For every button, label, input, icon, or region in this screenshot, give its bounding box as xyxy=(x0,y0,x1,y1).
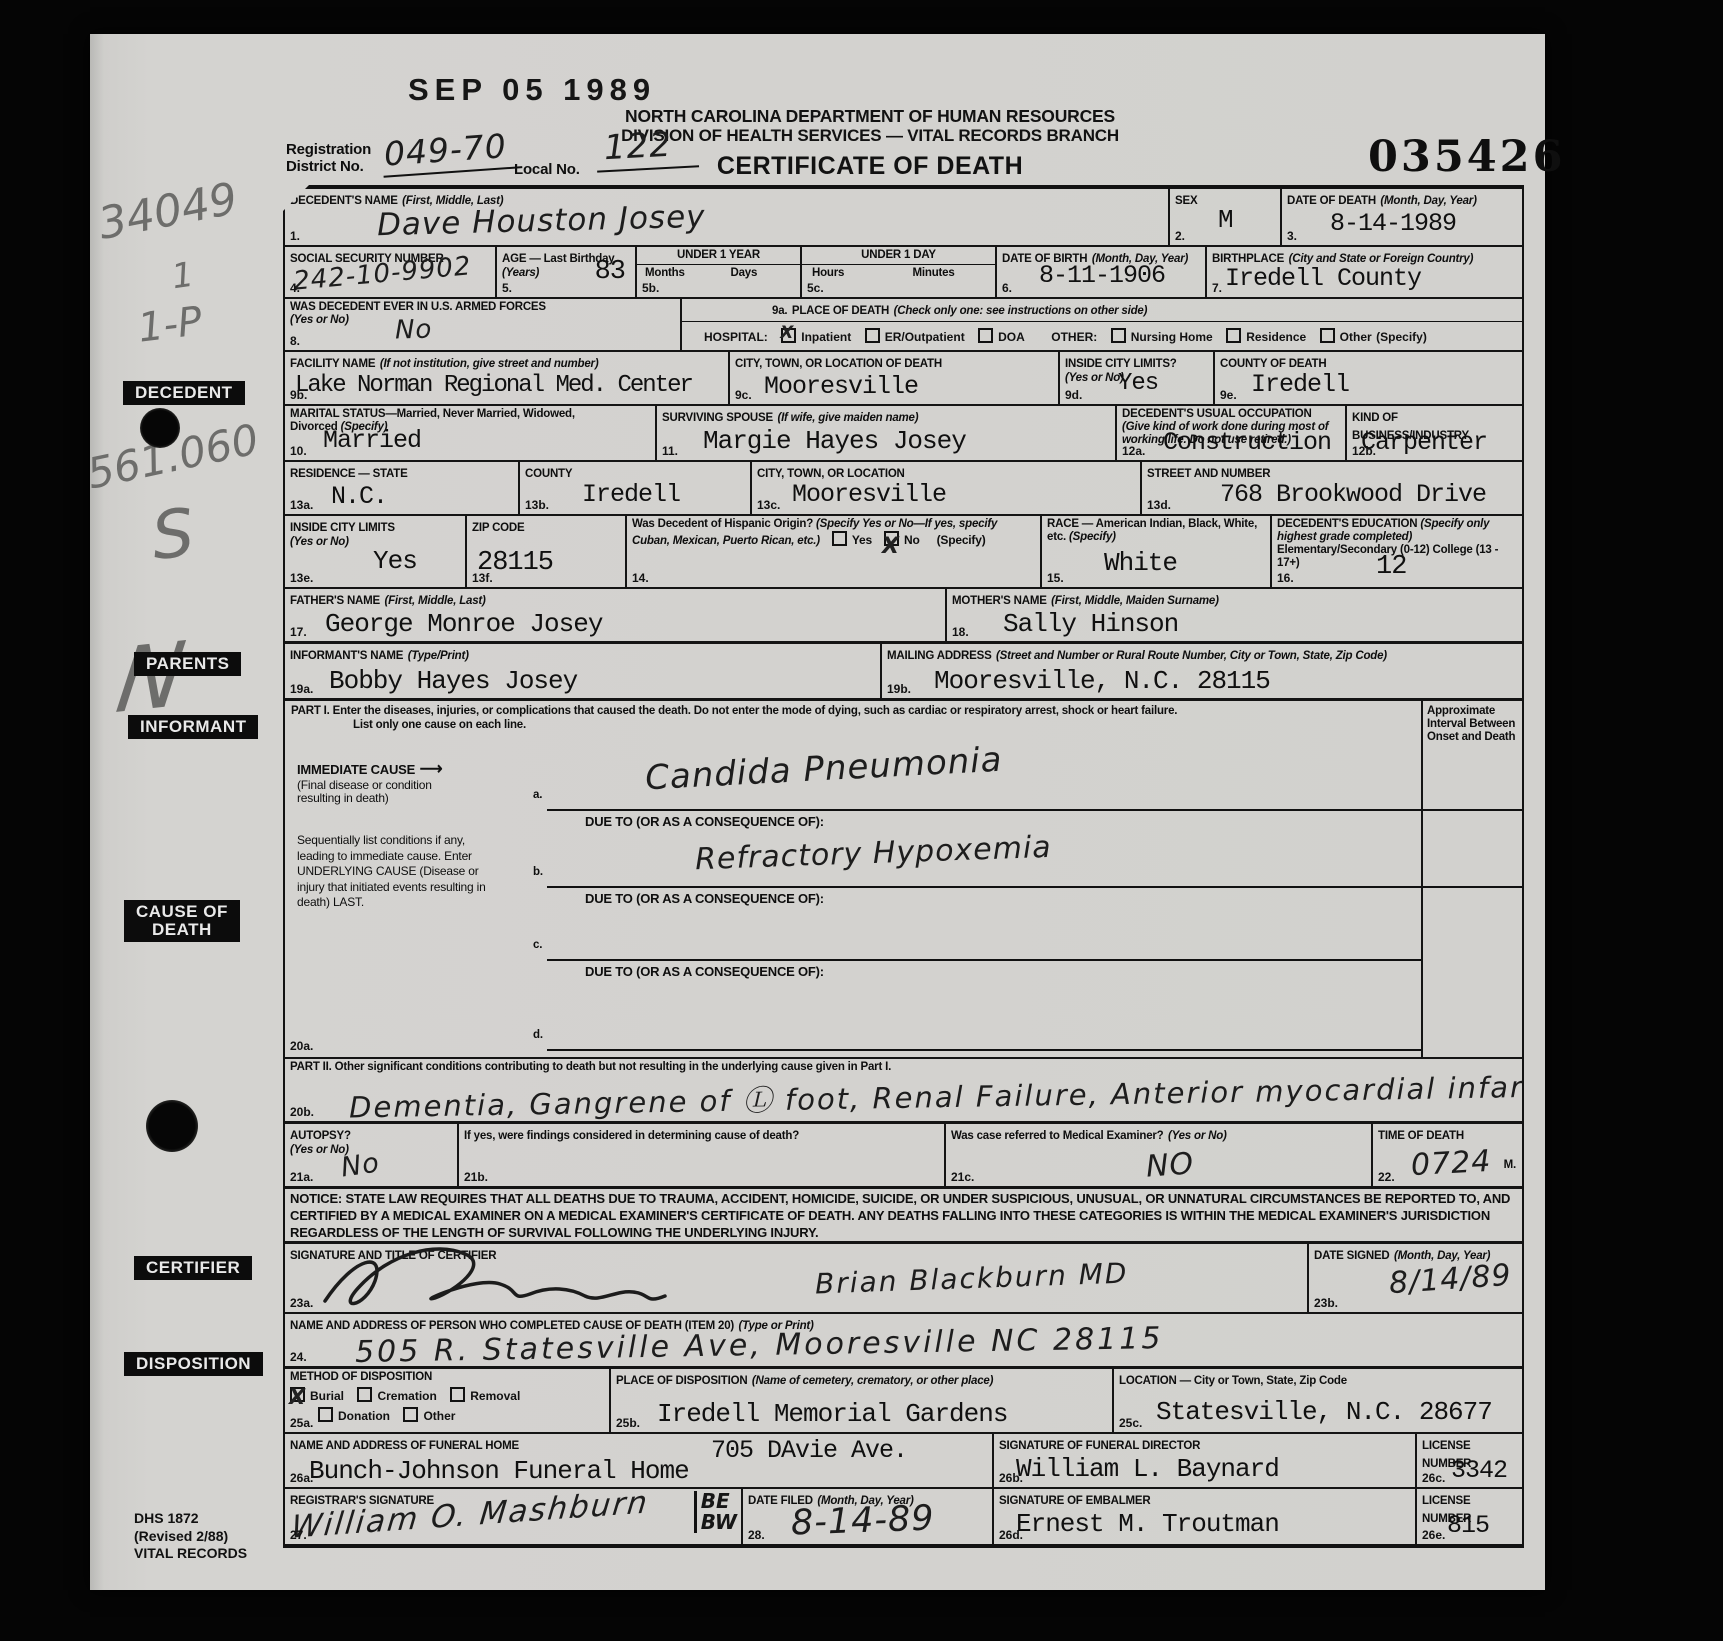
field-facility-name: FACILITY NAME (If not institution, give … xyxy=(285,352,730,404)
cause-line-b-value: Refractory Hypoxemia xyxy=(694,830,1052,877)
field-age: AGE — Last Birthday (Years) 83 5. xyxy=(497,247,637,297)
field-autopsy-findings: If yes, were findings considered in dete… xyxy=(459,1124,946,1186)
field-disposition-method: METHOD OF DISPOSITION XBurial Cremation … xyxy=(285,1369,611,1432)
field-date-of-birth: DATE OF BIRTH (Month, Day, Year) 8-11-19… xyxy=(997,247,1207,297)
field-industry: KIND OF BUSINESS/INDUSTRY Carpenter 12b. xyxy=(1347,406,1522,460)
field-race: RACE — American Indian, Black, White, et… xyxy=(1042,516,1272,587)
side-label-cause-of-death: CAUSE OFDEATH xyxy=(124,900,240,942)
field-certifier-signature: SIGNATURE AND TITLE OF CERTIFIER Brian B… xyxy=(285,1244,1309,1312)
field-under-1-year: UNDER 1 YEAR Months Days 5b. xyxy=(637,247,802,297)
field-date-filed: DATE FILED (Month, Day, Year) 8-14-89 28… xyxy=(743,1489,994,1544)
checkbox-doa xyxy=(978,328,993,343)
scanned-death-certificate: SEP 05 1989 NORTH CAROLINA DEPARTMENT OF… xyxy=(0,0,1723,1641)
certificate-form: DECEDENT'S NAME (First, Middle, Last) Da… xyxy=(283,185,1524,1548)
sequential-note: Sequentially list conditions if any, lea… xyxy=(297,833,497,911)
field-disposition-place: PLACE OF DISPOSITION (Name of cemetery, … xyxy=(611,1369,1114,1432)
immediate-cause-label: IMMEDIATE CAUSE ⟶ (Final disease or cond… xyxy=(297,759,537,806)
checkbox-inpatient: X xyxy=(781,328,796,343)
field-birthplace: BIRTHPLACE (City and State or Foreign Co… xyxy=(1207,247,1522,297)
field-disposition-location: LOCATION — City or Town, State, Zip Code… xyxy=(1114,1369,1522,1432)
field-residence-state: RESIDENCE — STATE N.C. 13a. xyxy=(285,462,520,514)
certifier-signature-scribble xyxy=(315,1246,715,1312)
checkbox-residence xyxy=(1226,328,1241,343)
checkbox-other-disposition xyxy=(403,1407,418,1422)
field-death-city-limits: INSIDE CITY LIMITS? (Yes or No) Yes 9d. xyxy=(1060,352,1215,404)
received-date-stamp: SEP 05 1989 xyxy=(408,72,656,108)
field-surviving-spouse: SURVIVING SPOUSE (If wife, give maiden n… xyxy=(657,406,1117,460)
field-embalmer-license: LICENSE NUMBER 815 26e. xyxy=(1417,1489,1522,1544)
checkbox-other-specify xyxy=(1320,328,1335,343)
field-informant-name: INFORMANT'S NAME (Type/Print) Bobby Haye… xyxy=(285,644,882,698)
field-informant-address: MAILING ADDRESS (Street and Number or Ru… xyxy=(882,644,1522,698)
field-funeral-director: SIGNATURE OF FUNERAL DIRECTOR William L.… xyxy=(994,1434,1417,1487)
checkbox-burial: X xyxy=(290,1387,305,1402)
interval-column-label: Approximate Interval Between Onset and D… xyxy=(1423,701,1522,748)
local-no-value: 122 xyxy=(595,123,699,172)
field-date-of-death: DATE OF DEATH (Month, Day, Year) 8-14-19… xyxy=(1282,189,1522,245)
checkbox-hispanic-no: X xyxy=(884,531,899,546)
field-hispanic-origin: Was Decedent of Hispanic Origin? (Specif… xyxy=(627,516,1042,587)
side-label-informant: INFORMANT xyxy=(128,715,258,739)
agency-name: NORTH CAROLINA DEPARTMENT OF HUMAN RESOU… xyxy=(470,106,1270,127)
field-death-city: CITY, TOWN, OR LOCATION OF DEATH Mooresv… xyxy=(730,352,1060,404)
checkbox-removal xyxy=(450,1387,465,1402)
field-zip-code: ZIP CODE 28115 13f. xyxy=(467,516,627,587)
checkbox-hispanic-yes xyxy=(832,531,847,546)
side-label-certifier: CERTIFIER xyxy=(134,1256,252,1280)
field-residence-city: CITY, TOWN, OR LOCATION Mooresville 13c. xyxy=(752,462,1142,514)
field-residence-city-limits: INSIDE CITY LIMITS (Yes or No) Yes 13e. xyxy=(285,516,467,587)
medical-examiner-notice: NOTICE: STATE LAW REQUIRES THAT ALL DEAT… xyxy=(285,1189,1522,1244)
field-ssn: SOCIAL SECURITY NUMBER 242-10-9902 4. xyxy=(285,247,497,297)
serial-number: 035426 xyxy=(1368,132,1566,182)
field-mother-name: MOTHER'S NAME (First, Middle, Maiden Sur… xyxy=(947,589,1522,641)
part1-cause-of-death: Approximate Interval Between Onset and D… xyxy=(285,701,1522,1059)
margin-note-1p: 1-P xyxy=(135,298,204,351)
field-date-signed: DATE SIGNED (Month, Day, Year) 8/14/89 2… xyxy=(1309,1244,1522,1312)
field-registrar-signature: REGISTRAR'S SIGNATURE William O. Mashbur… xyxy=(285,1489,743,1544)
agency-division: DIVISION OF HEALTH SERVICES — VITAL RECO… xyxy=(470,126,1270,146)
field-education: DECEDENT'S EDUCATION (Specify only highe… xyxy=(1272,516,1522,587)
part2-other-conditions: PART II. Other significant conditions co… xyxy=(285,1059,1522,1124)
field-father-name: FATHER'S NAME (First, Middle, Last) Geor… xyxy=(285,589,947,641)
margin-note-1: 1 xyxy=(169,255,196,298)
field-time-of-death: TIME OF DEATH 0724 M. 22. xyxy=(1373,1124,1522,1186)
field-sex: SEX M 2. xyxy=(1170,189,1282,245)
cause-line-a-value: Candida Pneumonia xyxy=(644,740,1003,799)
field-director-license: LICENSE NUMBER 3342 26c. xyxy=(1417,1434,1522,1487)
checkbox-er-outpatient xyxy=(865,328,880,343)
side-label-decedent: DECEDENT xyxy=(123,381,245,405)
field-death-county: COUNTY OF DEATH Iredell 9e. xyxy=(1215,352,1522,404)
margin-note-s: S xyxy=(148,494,198,575)
field-funeral-home: NAME AND ADDRESS OF FUNERAL HOME 705 DAv… xyxy=(285,1434,994,1487)
field-place-of-death: 9a. PLACE OF DEATH (Check only one: see … xyxy=(682,299,1522,350)
side-label-parents: PARENTS xyxy=(134,652,241,676)
field-medical-examiner: Was case referred to Medical Examiner? (… xyxy=(946,1124,1373,1186)
field-under-1-day: UNDER 1 DAY Hours Minutes 5c. xyxy=(802,247,997,297)
punch-hole-top xyxy=(140,408,180,448)
field-embalmer: SIGNATURE OF EMBALMER Ernest M. Troutman… xyxy=(994,1489,1417,1544)
field-marital-status: MARITAL STATUS—Married, Never Married, W… xyxy=(285,406,657,460)
form-number-footer: DHS 1872 (Revised 2/88) VITAL RECORDS xyxy=(134,1510,247,1563)
local-no-label: Local No. xyxy=(514,162,580,179)
field-decedent-name: DECEDENT'S NAME (First, Middle, Last) Da… xyxy=(285,189,1170,245)
field-completed-by: NAME AND ADDRESS OF PERSON WHO COMPLETED… xyxy=(285,1314,1522,1366)
checkbox-cremation xyxy=(357,1387,372,1402)
side-label-disposition: DISPOSITION xyxy=(124,1352,263,1376)
field-residence-county: COUNTY Iredell 13b. xyxy=(520,462,752,514)
certificate-paper: SEP 05 1989 NORTH CAROLINA DEPARTMENT OF… xyxy=(90,34,1545,1590)
checkbox-nursing-home xyxy=(1111,328,1126,343)
checkbox-donation xyxy=(318,1407,333,1422)
margin-note-34049: 34049 xyxy=(94,173,241,250)
registration-district-label: Registration District No. xyxy=(286,142,371,176)
field-occupation: DECEDENT'S USUAL OCCUPATION (Give kind o… xyxy=(1117,406,1347,460)
registrar-annotation: BE BW xyxy=(694,1491,737,1533)
field-armed-forces: WAS DECEDENT EVER IN U.S. ARMED FORCES (… xyxy=(285,299,682,350)
certificate-title: CERTIFICATE OF DEATH xyxy=(470,152,1270,181)
punch-hole-bottom xyxy=(146,1100,198,1152)
field-residence-street: STREET AND NUMBER 768 Brookwood Drive 13… xyxy=(1142,462,1522,514)
field-autopsy: AUTOPSY? (Yes or No) No 21a. xyxy=(285,1124,459,1186)
